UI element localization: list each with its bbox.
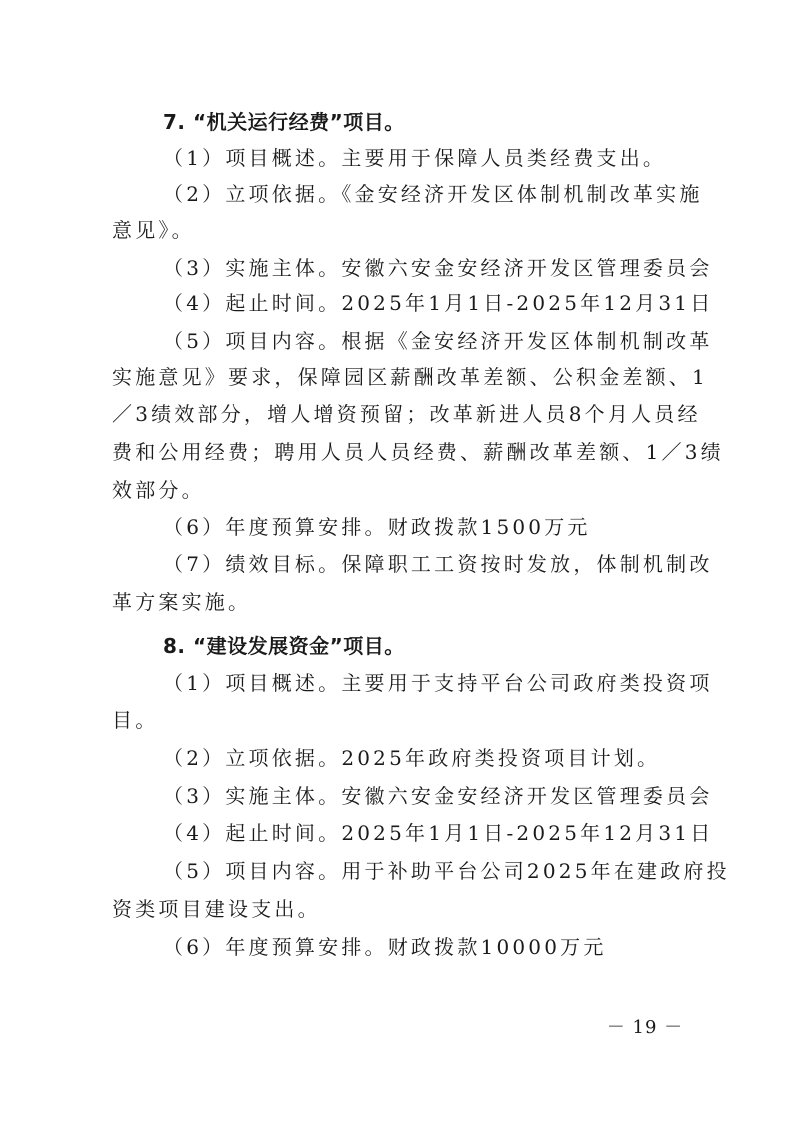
section-7-item-5-line-3: ／3绩效部分，增人增资预留；改革新进人员8个月人员经 [112,401,674,427]
section-8-item-5-line-1: （5）项目内容。用于补助平台公司2025年在建政府投 [163,858,674,884]
section-7-item-3-line-1: （3）实施主体。安徽六安金安经济开发区管理委员会 [163,255,674,281]
section-8-item-1-line-2: 目。 [112,707,674,733]
section-7-item-5-line-5: 效部分。 [112,477,674,503]
section-7-item-7-line-2: 革方案实施。 [112,589,674,615]
section-heading-7: 7. “机关运行经费”项目。 [163,109,674,135]
page-number: － 19 － [600,1016,690,1040]
section-7-item-1-line-1: （1）项目概述。主要用于保障人员类经费支出。 [163,145,674,171]
section-heading-8: 8. “建设发展资金”项目。 [163,633,674,659]
section-7-item-2-line-2: 意见》。 [112,217,674,243]
section-7-item-4-line-1: （4）起止时间。2025年1月1日-2025年12月31日 [163,290,674,316]
section-7-item-5-line-2: 实施意见》要求，保障园区薪酬改革差额、公积金差额、1 [112,364,674,390]
section-7-item-2-line-1: （2）立项依据。《金安经济开发区体制机制改革实施 [163,181,674,207]
section-7-item-5-line-1: （5）项目内容。根据《金安经济开发区体制机制改革 [163,328,674,354]
section-7-item-5-line-4: 费和公用经费；聘用人员人员经费、薪酬改革差额、1／3绩 [112,439,674,465]
section-8-item-2-line-1: （2）立项依据。2025年政府类投资项目计划。 [163,745,674,771]
section-8-item-5-line-2: 资类项目建设支出。 [112,896,674,922]
section-7-item-7-line-1: （7）绩效目标。保障职工工资按时发放，体制机制改 [163,551,674,577]
section-8-item-6-line-1: （6）年度预算安排。财政拨款10000万元 [163,934,674,960]
section-8-item-1-line-1: （1）项目概述。主要用于支持平台公司政府类投资项 [163,670,674,696]
section-7-item-6-line-1: （6）年度预算安排。财政拨款1500万元 [163,514,674,540]
section-8-item-3-line-1: （3）实施主体。安徽六安金安经济开发区管理委员会 [163,783,674,809]
document-page: 7. “机关运行经费”项目。 （1）项目概述。主要用于保障人员类经费支出。 （2… [0,0,793,1122]
section-8-item-4-line-1: （4）起止时间。2025年1月1日-2025年12月31日 [163,820,674,846]
